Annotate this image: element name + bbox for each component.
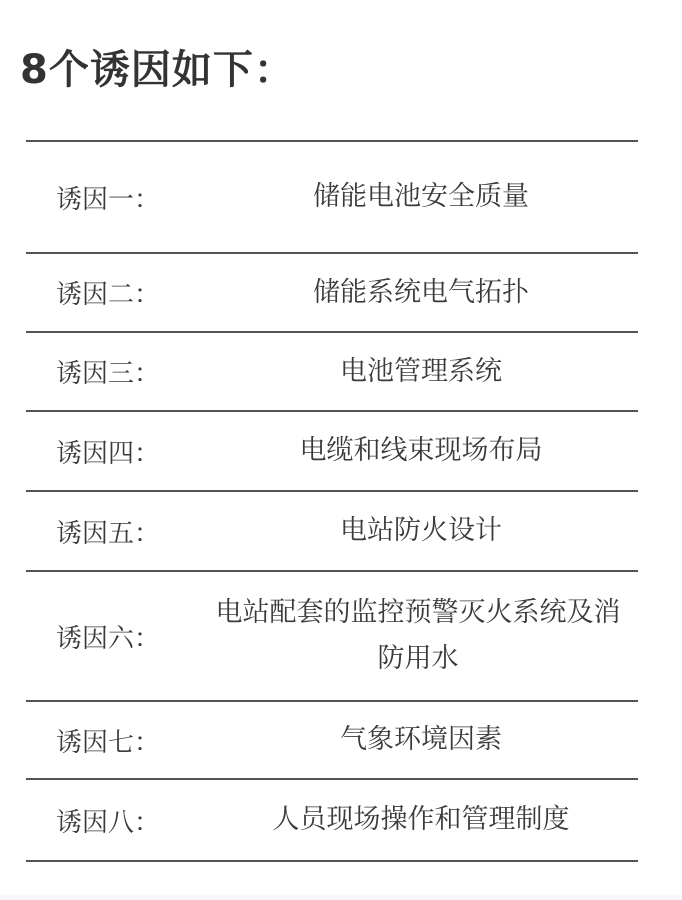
- row-label: 诱因四：: [56, 433, 160, 470]
- row-label: 诱因五：: [56, 513, 160, 550]
- row-value: 电站防火设计: [216, 508, 626, 554]
- table-row: 诱因三： 电池管理系统: [26, 331, 638, 410]
- table-row: 诱因七： 气象环境因素: [26, 700, 638, 778]
- table-row: 诱因二： 储能系统电气拓扑: [26, 252, 638, 331]
- row-value: 储能电池安全质量: [216, 174, 626, 220]
- page-title: 8个诱因如下：: [20, 44, 295, 96]
- row-value: 人员现场操作和管理制度: [216, 797, 626, 843]
- row-value: 气象环境因素: [216, 717, 626, 763]
- row-value: 电池管理系统: [216, 349, 626, 395]
- table-row: 诱因六： 电站配套的监控预警灭火系统及消防用水: [26, 570, 638, 700]
- row-value: 电缆和线束现场布局: [216, 428, 626, 474]
- table-row: 诱因八： 人员现场操作和管理制度: [26, 778, 638, 862]
- row-value: 电站配套的监控预警灭火系统及消防用水: [208, 590, 628, 682]
- table-row: 诱因五： 电站防火设计: [26, 490, 638, 570]
- row-label: 诱因三：: [56, 353, 160, 390]
- row-label: 诱因八：: [56, 802, 160, 839]
- row-label: 诱因一：: [56, 179, 160, 216]
- row-value: 储能系统电气拓扑: [216, 270, 626, 316]
- inducement-table: 诱因一： 储能电池安全质量 诱因二： 储能系统电气拓扑 诱因三： 电池管理系统 …: [26, 140, 638, 862]
- row-label: 诱因六：: [56, 618, 160, 655]
- table-row: 诱因一： 储能电池安全质量: [26, 140, 638, 252]
- footer-strip: [0, 895, 682, 900]
- table-row: 诱因四： 电缆和线束现场布局: [26, 410, 638, 490]
- row-label: 诱因二：: [56, 274, 160, 311]
- row-label: 诱因七：: [56, 722, 160, 759]
